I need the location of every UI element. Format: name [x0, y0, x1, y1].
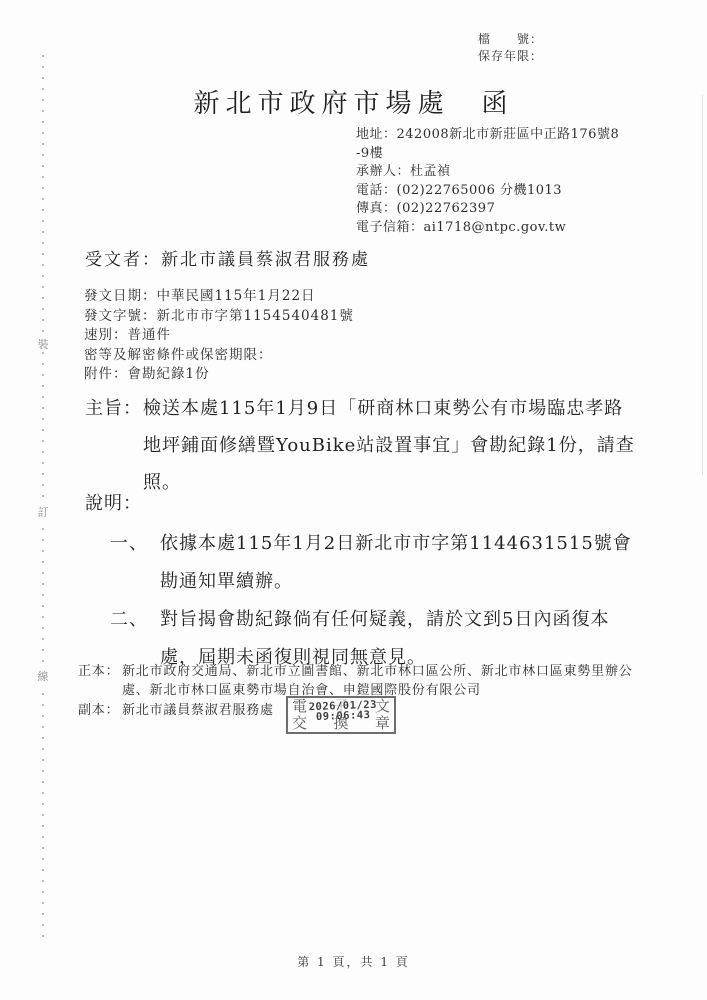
cc-copy-label: 副本： — [78, 701, 122, 720]
original-copy-recipients: 新北市政府交通局、新北市立圖書館、新北市林口區公所、新北市林口區東勢里辦公處、新… — [122, 662, 660, 700]
page-edge-line — [702, 95, 703, 475]
sender-fax: 傳真：(02)22762397 — [356, 200, 624, 219]
security-class-line: 密等及解密條件或保密期限： — [84, 346, 354, 366]
stamp-timestamp: 2026/01/23 09:06:43 — [296, 699, 391, 722]
subject-section: 主旨： 檢送本處115年1月9日「研商林口東勢公有市場臨忠孝路地坪鋪面修繕暨Yo… — [85, 390, 635, 501]
binding-mark-ding: 訂 — [35, 506, 51, 520]
archive-labels: 檔 號： 保存年限： — [478, 31, 543, 65]
page-number-footer: 第 1 頁，共 1 頁 — [0, 953, 707, 970]
explanation-label: 說明： — [85, 489, 142, 515]
explanation-list: 一、 依據本處115年1月2日新北市市字第1144631515號會勘通知單續辦。… — [110, 525, 655, 677]
electronic-exchange-stamp: 電 子 文 交 換 章 2026/01/23 09:06:43 — [286, 696, 396, 734]
sender-address: 地址：242008新北市新莊區中正路176號8-9樓 — [356, 126, 624, 163]
sender-email: 電子信箱：ai1718@ntpc.gov.tw — [356, 219, 624, 238]
issue-number-line: 發文字號：新北市市字第1154540481號 — [84, 307, 354, 327]
subject-label: 主旨： — [85, 390, 143, 501]
item-text: 依據本處115年1月2日新北市市字第1144631515號會勘通知單續辦。 — [160, 525, 642, 600]
document-page: 裝 訂 線 檔 號： 保存年限： 新北市政府市場處 函 地址：242008新北市… — [0, 0, 707, 1000]
recipient-value: 新北市議員蔡淑君服務處 — [161, 250, 370, 270]
issue-date-line: 發文日期：中華民國115年1月22日 — [84, 287, 354, 307]
binding-dotted-line — [42, 55, 44, 945]
explanation-item: 一、 依據本處115年1月2日新北市市字第1144631515號會勘通知單續辦。 — [110, 525, 655, 600]
original-copy-label: 正本： — [78, 662, 122, 700]
retention-period-label: 保存年限： — [478, 48, 543, 65]
subject-text: 檢送本處115年1月9日「研商林口東勢公有市場臨忠孝路地坪鋪面修繕暨YouBik… — [143, 390, 635, 501]
attachment-line: 附件：會勘紀錄1份 — [84, 365, 354, 385]
speed-class-line: 速別：普通件 — [84, 326, 354, 346]
file-number-label: 檔 號： — [478, 31, 543, 48]
sender-phone: 電話：(02)22765006 分機1013 — [356, 182, 624, 201]
document-meta-block: 發文日期：中華民國115年1月22日 發文字號：新北市市字第1154540481… — [84, 287, 354, 385]
recipient-label: 受文者： — [85, 250, 161, 270]
item-number: 一、 — [110, 525, 160, 600]
recipient-line: 受文者：新北市議員蔡淑君服務處 — [85, 245, 370, 270]
sender-info-block: 地址：242008新北市新莊區中正路176號8-9樓 承辦人：杜孟禎 電話：(0… — [356, 126, 624, 237]
document-title: 新北市政府市場處 函 — [0, 83, 707, 120]
original-copy-row: 正本： 新北市政府交通局、新北市立圖書館、新北市林口區公所、新北市林口區東勢里辦… — [78, 662, 663, 700]
sender-contact-person: 承辦人：杜孟禎 — [356, 163, 624, 182]
binding-mark-zhuang: 裝 — [35, 338, 51, 352]
binding-mark-xian: 線 — [35, 670, 51, 684]
